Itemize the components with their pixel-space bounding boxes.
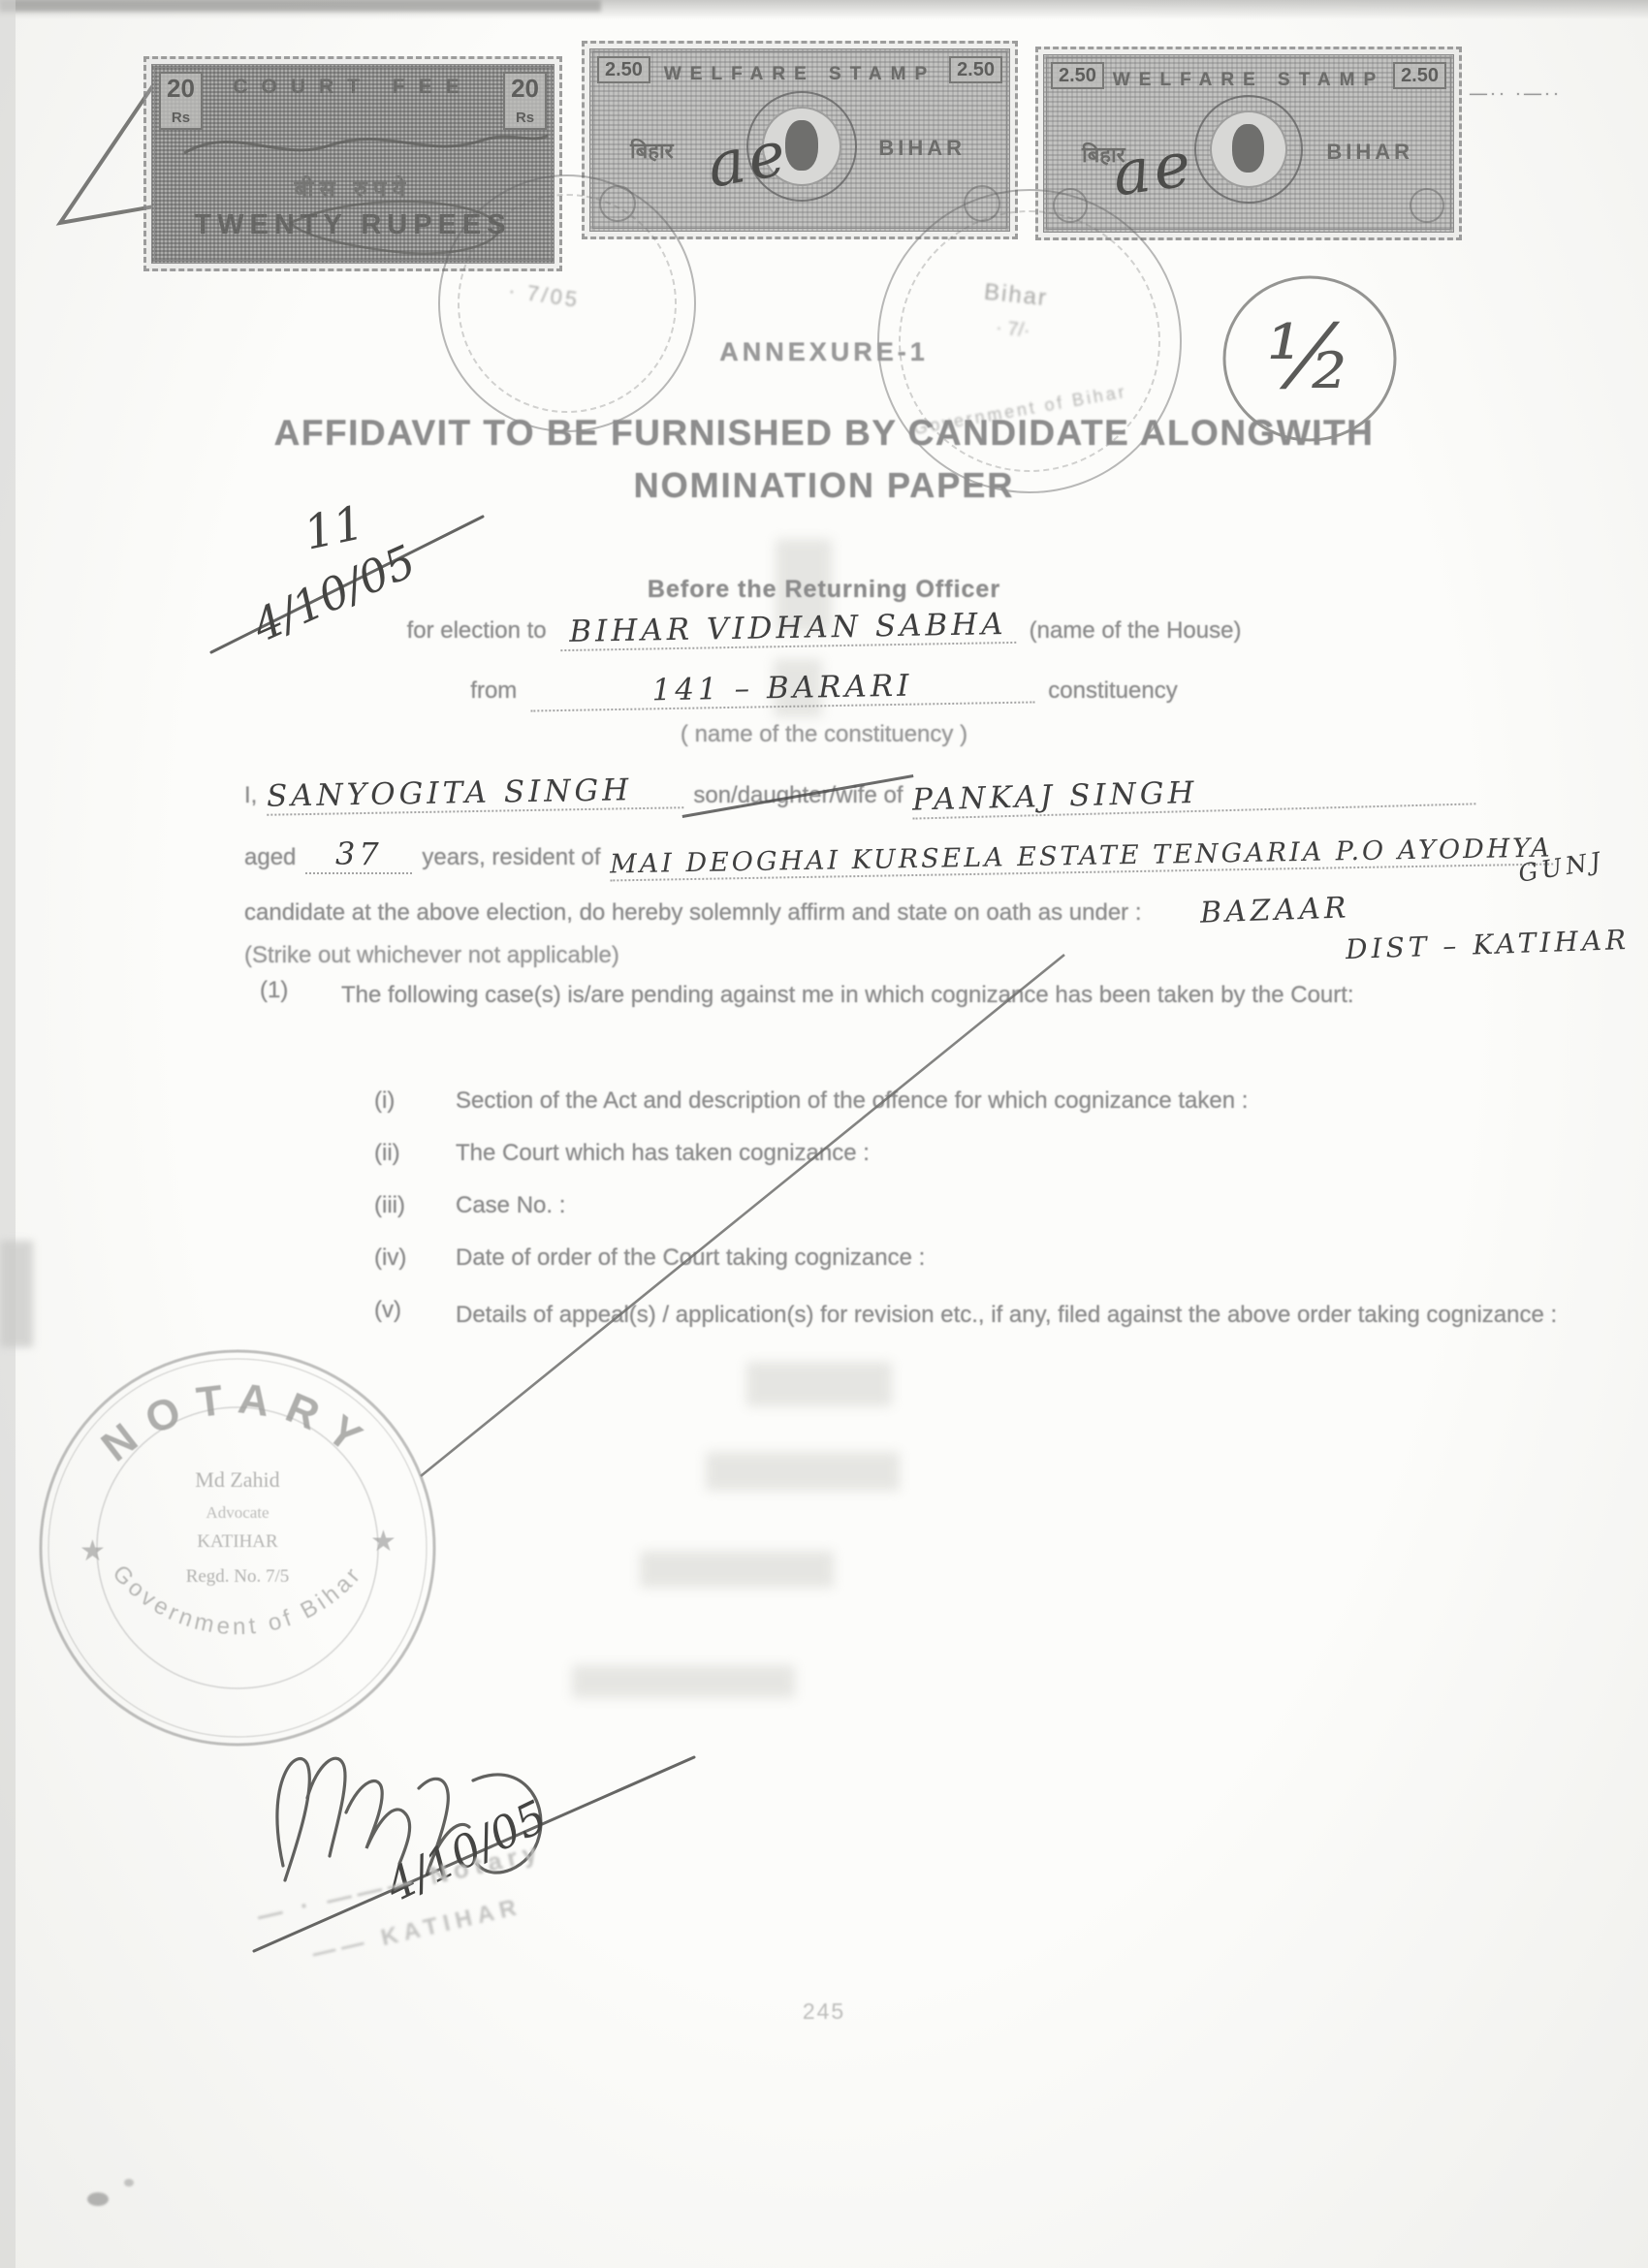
address-dist-handwritten: DIST – KATIHAR <box>1346 924 1631 965</box>
wf1-state: BIHAR <box>878 136 966 161</box>
constituency-line: from 141 – BARARI constituency <box>0 671 1648 708</box>
relative-name-handwritten: PANKAJ SINGH <box>912 768 1475 819</box>
notary-star-right: ★ <box>370 1526 396 1558</box>
postmark-left: · 7/05 <box>438 174 696 432</box>
wf1-title: WELFARE STAMP <box>593 64 1006 85</box>
years-resident-label: years, resident of <box>422 844 600 871</box>
welfare-stamp-right-body: 2.50 2.50 WELFARE STAMP बिहार BIHAR <box>1043 54 1454 233</box>
affidavit-title-line1: AFFIDAVIT TO BE FURNISHED BY CANDIDATE A… <box>0 413 1648 454</box>
from-label: from <box>470 677 517 705</box>
constituency-handwritten: 141 – BARARI <box>530 666 1035 711</box>
diagonal-pen-strike <box>407 945 1086 1497</box>
wf2-title: WELFARE STAMP <box>1047 70 1450 91</box>
declaration-line3: candidate at the above election, do here… <box>244 894 1475 928</box>
constituency-note: ( name of the constituency ) <box>0 721 1648 748</box>
age-handwritten: 37 <box>305 835 412 874</box>
aged-label: aged <box>244 844 296 871</box>
wf2-emblem-outer <box>1194 95 1303 204</box>
oath-text: candidate at the above election, do here… <box>244 899 1142 927</box>
notary-inner-line4: Regd. No. 7/5 <box>186 1566 290 1587</box>
svg-text:NOTARY: NOTARY <box>93 1374 383 1470</box>
scanned-affidavit-page: 20 Rs 20 Rs COURT FEE बीस रुपये TWENTY R… <box>0 0 1648 2268</box>
candidate-name-handwritten: SANYOGITA SINGH <box>267 772 684 815</box>
scan-smudge-5 <box>640 1551 834 1588</box>
scan-dot-2 <box>124 2179 134 2187</box>
house-name-handwritten: BIHAR VIDHAN SABHA <box>559 607 1016 651</box>
wf1-hindi: बिहार <box>630 136 674 165</box>
scan-smudge-6 <box>572 1665 795 1698</box>
notary-inner-line2: Advocate <box>206 1503 269 1522</box>
notary-star-left: ★ <box>79 1535 106 1567</box>
wf2-state: BIHAR <box>1326 140 1413 165</box>
wf2-corner-circle-right <box>1410 188 1444 223</box>
page-number: 245 <box>0 1999 1648 2025</box>
notary-stamp: NOTARY Government of Bihar ★ ★ Md Zahid … <box>29 1339 446 1756</box>
item-iv-num: (iv) <box>374 1244 406 1272</box>
pen-initials-right: ae <box>1108 129 1199 211</box>
top-right-dashes: —·· ·—·· <box>1470 83 1562 104</box>
notary-inner-line3: KATIHAR <box>197 1531 278 1552</box>
address-handwritten: MAI DEOGHAI KURSELA ESTATE TENGARIA P.O … <box>610 834 1553 882</box>
address-bazaar-handwritten: BAZAAR <box>1199 891 1350 929</box>
constituency-label: constituency <box>1048 677 1177 705</box>
pronoun: I, <box>244 782 257 809</box>
wf2-emblem-inner <box>1210 110 1287 188</box>
annexure-label: ANNEXURE-1 <box>0 337 1648 367</box>
item-iii-num: (iii) <box>374 1192 405 1219</box>
pen-initials-left: ae <box>702 117 795 202</box>
item1-num: (1) <box>260 977 288 1004</box>
wf2-emblem-core <box>1232 124 1264 173</box>
item-i-num: (i) <box>374 1087 395 1115</box>
court-fee-title: COURT FEE <box>155 76 551 99</box>
item-ii-num: (ii) <box>374 1140 400 1167</box>
before-returning-officer: Before the Returning Officer <box>0 576 1648 604</box>
fraction-top-value: 11 <box>300 495 368 560</box>
scan-dot-1 <box>87 2192 109 2206</box>
scan-smudge-7 <box>0 1241 33 1347</box>
election-prefix: for election to <box>407 617 547 645</box>
notary-inner-line1: Md Zahid <box>195 1467 279 1492</box>
declaration-line1: I, SANYOGITA SINGH son/daughter/wife of … <box>244 775 1475 812</box>
relation-label-wrap: son/daughter/wife of <box>693 782 903 809</box>
election-line: for election to BIHAR VIDHAN SABHA (name… <box>0 611 1648 647</box>
declaration-line2: aged 37 years, resident of MAI DEOGHAI K… <box>244 835 1475 874</box>
election-suffix: (name of the House) <box>1030 617 1242 645</box>
scan-edge-top-dark <box>0 0 601 12</box>
welfare-stamp-left-body: 2.50 2.50 WELFARE STAMP बिहार BIHAR <box>589 48 1010 232</box>
notary-arc-top-text: NOTARY <box>93 1374 383 1470</box>
item-v-num: (v) <box>374 1297 401 1324</box>
